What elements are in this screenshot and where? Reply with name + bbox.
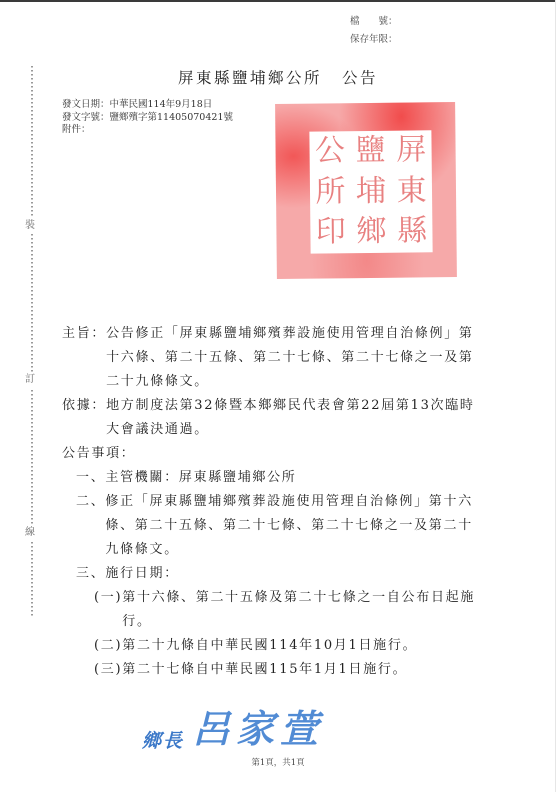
effective-date-subitem-1: (一) 第十六條、第二十五條及第二十七條之一自公布日起施行。 <box>62 586 488 634</box>
subitem-text: 第十六條、第二十五條及第二十七條之一自公布日起施行。 <box>122 586 488 634</box>
subitem-number: (二) <box>94 634 122 658</box>
issue-number: 發文字號：鹽鄉殯字第11405070421號 <box>62 112 233 125</box>
binding-char-xian: 線 <box>25 525 35 541</box>
seal-characters: 屏 東 縣 鹽 埔 鄉 公 所 印 <box>309 130 432 253</box>
issue-info: 發文日期：中華民國114年9月18日 發文字號：鹽鄉殯字第11405070421… <box>62 99 233 137</box>
seal-char: 東 <box>391 171 432 212</box>
item-number: 三、 <box>76 562 105 586</box>
effective-date-subitem-3: (三) 第二十七條自中華民國115年1月1日施行。 <box>62 658 488 682</box>
item-text: 修正「屏東縣鹽埔鄉殯葬設施使用管理自治條例」第十六條、第二十五條、第二十七條、第… <box>105 490 486 562</box>
document-type: 公告 <box>342 69 378 87</box>
subject-label: 主旨： <box>62 322 106 394</box>
file-number-field: 檔 號： <box>350 13 398 31</box>
subject-text: 公告修正「屏東縣鹽埔鄉殯葬設施使用管理自治條例」第十六條、第二十五條、第二十七條… <box>106 322 481 394</box>
item-text: 施行日期： <box>105 562 486 586</box>
document-body: 主旨： 公告修正「屏東縣鹽埔鄉殯葬設施使用管理自治條例」第十六條、第二十五條、第… <box>62 322 488 682</box>
basis-section: 依據： 地方制度法第32條暨本鄉鄉民代表會第22屆第13次臨時大會議決通過。 <box>62 394 488 442</box>
announcement-item-2: 二、 修正「屏東縣鹽埔鄉殯葬設施使用管理自治條例」第十六條、第二十五條、第二十七… <box>62 490 488 562</box>
signature-block: 鄉長 呂家萱 <box>142 698 324 753</box>
official-seal-stamp: 屏 東 縣 鹽 埔 鄉 公 所 印 <box>275 102 457 279</box>
item-number: 一、 <box>76 466 105 490</box>
seal-char: 公 <box>309 131 350 172</box>
seal-char: 縣 <box>392 212 433 253</box>
seal-char: 印 <box>310 212 351 253</box>
subitem-text: 第二十七條自中華民國115年1月1日施行。 <box>122 658 488 682</box>
basis-text: 地方制度法第32條暨本鄉鄉民代表會第22屆第13次臨時大會議決通過。 <box>106 394 481 442</box>
seal-char: 埔 <box>350 171 391 212</box>
basis-label: 依據： <box>62 394 106 442</box>
seal-char: 鹽 <box>350 131 391 172</box>
seal-char: 所 <box>310 172 351 213</box>
document-title: 屏東縣鹽埔鄉公所公告 <box>0 66 556 88</box>
retention-label: 保存年限： <box>350 31 398 49</box>
announcement-item-3: 三、 施行日期： <box>62 562 488 586</box>
file-number-label: 檔 號： <box>350 13 398 31</box>
effective-date-subitem-2: (二) 第二十九條自中華民國114年10月1日施行。 <box>62 634 488 658</box>
issue-date: 發文日期：中華民國114年9月18日 <box>62 99 233 112</box>
announcement-label: 公告事項： <box>62 442 488 466</box>
binding-char-zhuang: 裝 <box>25 218 35 234</box>
signatory-title: 鄉長 <box>142 726 184 753</box>
subitem-number: (三) <box>94 658 122 682</box>
archive-meta: 檔 號： 保存年限： <box>350 13 398 49</box>
item-text: 主管機關：屏東縣鹽埔鄉公所 <box>105 466 486 490</box>
subject-section: 主旨： 公告修正「屏東縣鹽埔鄉殯葬設施使用管理自治條例」第十六條、第二十五條、第… <box>62 322 488 394</box>
binding-char-ding: 訂 <box>25 372 35 388</box>
retention-field: 保存年限： <box>350 31 398 49</box>
signatory-name: 呂家萱 <box>192 698 324 753</box>
subitem-text: 第二十九條自中華民國114年10月1日施行。 <box>122 634 488 658</box>
attachment-label: 附件： <box>62 124 233 137</box>
page-number: 第1頁，共1頁 <box>0 756 556 768</box>
item-number: 二、 <box>76 490 105 562</box>
page-top-border <box>0 0 556 2</box>
seal-char: 屏 <box>391 130 432 171</box>
issuing-organization: 屏東縣鹽埔鄉公所 <box>178 69 322 87</box>
announcement-item-1: 一、 主管機關：屏東縣鹽埔鄉公所 <box>62 466 488 490</box>
subitem-number: (一) <box>94 586 122 634</box>
seal-char: 鄉 <box>351 212 392 253</box>
